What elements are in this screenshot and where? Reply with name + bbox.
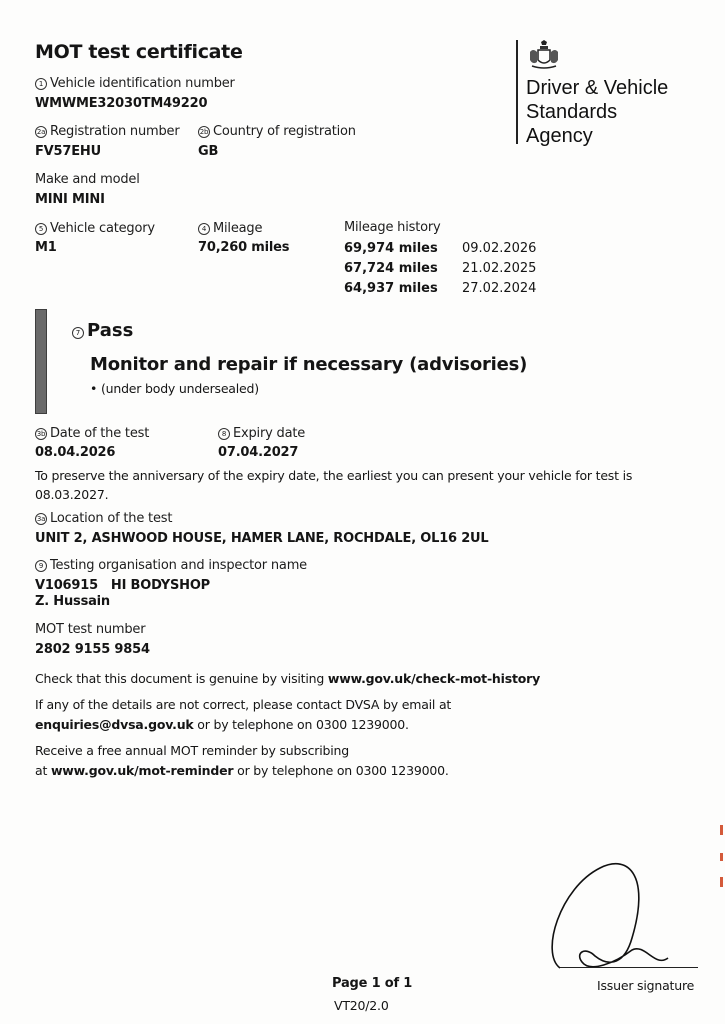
advisory-heading: Monitor and repair if necessary (advisor… <box>90 354 527 375</box>
agency-line-2: Standards <box>526 100 668 124</box>
test-date-value: 08.04.2026 <box>35 445 115 460</box>
dvsa-email-link[interactable]: enquiries@dvsa.gov.uk <box>35 717 194 732</box>
marker-icon: 9 <box>35 560 47 572</box>
issuer-signature-icon <box>540 858 710 973</box>
vin-value: WMWME32030TM49220 <box>35 96 207 111</box>
history-date: 09.02.2026 <box>462 239 536 259</box>
result-status-bar <box>35 309 47 414</box>
scan-edge-mark <box>720 825 723 835</box>
reminder-line-1: Receive a free annual MOT reminder by su… <box>35 743 349 758</box>
test-number-label: MOT test number <box>35 622 145 637</box>
check-genuine-text: Check that this document is genuine by v… <box>35 671 540 686</box>
dvsa-logo-text: Driver & Vehicle Standards Agency <box>526 76 668 148</box>
marker-icon: 2a <box>35 126 47 138</box>
marker-icon: 3a <box>35 513 47 525</box>
form-code: VT20/2.0 <box>334 998 389 1013</box>
royal-crest-icon <box>527 40 561 70</box>
mot-reminder-link[interactable]: www.gov.uk/mot-reminder <box>51 763 233 778</box>
scan-edge-mark <box>720 877 723 887</box>
result-status: 7Pass <box>72 320 133 341</box>
reminder-line-2: at www.gov.uk/mot-reminder or by telepho… <box>35 763 449 778</box>
registration-value: FV57EHU <box>35 144 101 159</box>
marker-icon: 4 <box>198 223 210 235</box>
mot-certificate-page: MOT test certificate Driver & Vehicle St… <box>0 0 725 1024</box>
make-model-label: Make and model <box>35 172 140 187</box>
test-date-label: 3bDate of the test <box>35 426 149 441</box>
mileage-history-row: 64,937 miles 27.02.2024 <box>344 279 536 299</box>
mileage-history-list: 69,974 miles 09.02.2026 67,724 miles 21.… <box>344 239 536 299</box>
category-value: M1 <box>35 240 57 255</box>
marker-icon: 3b <box>35 428 47 440</box>
marker-icon: 8 <box>218 428 230 440</box>
location-value: UNIT 2, ASHWOOD HOUSE, HAMER LANE, ROCHD… <box>35 531 489 546</box>
advisory-item: • (under body undersealed) <box>90 381 259 396</box>
country-value: GB <box>198 144 218 159</box>
earliest-test-date: 08.03.2027. <box>35 487 108 502</box>
page-number: Page 1 of 1 <box>332 976 412 991</box>
marker-icon: 5 <box>35 223 47 235</box>
vin-label: 1Vehicle identification number <box>35 76 235 91</box>
country-label: 2bCountry of registration <box>198 124 356 139</box>
anniversary-note: To preserve the anniversary of the expir… <box>35 468 632 483</box>
marker-icon: 1 <box>35 78 47 90</box>
agency-line-3: Agency <box>526 124 668 148</box>
history-miles: 64,937 miles <box>344 279 462 299</box>
make-model-value: MINI MINI <box>35 192 105 207</box>
expiry-date-value: 07.04.2027 <box>218 445 298 460</box>
mileage-history-label: Mileage history <box>344 220 441 235</box>
contact-line-1: If any of the details are not correct, p… <box>35 697 451 712</box>
expiry-date-label: 8Expiry date <box>218 426 305 441</box>
testing-org-value: V106915 HI BODYSHOP <box>35 578 210 593</box>
test-number-value: 2802 9155 9854 <box>35 642 150 657</box>
scan-edge-mark <box>720 853 723 861</box>
inspector-name: Z. Hussain <box>35 594 110 609</box>
mileage-label: 4Mileage <box>198 221 262 236</box>
mileage-history-row: 69,974 miles 09.02.2026 <box>344 239 536 259</box>
history-miles: 69,974 miles <box>344 239 462 259</box>
agency-line-1: Driver & Vehicle <box>526 76 668 100</box>
contact-line-2: enquiries@dvsa.gov.uk or by telephone on… <box>35 717 409 732</box>
history-date: 27.02.2024 <box>462 279 536 299</box>
logo-divider <box>516 40 518 144</box>
category-label: 5Vehicle category <box>35 221 155 236</box>
mileage-value: 70,260 miles <box>198 240 289 255</box>
marker-icon: 7 <box>72 327 84 339</box>
signature-label: Issuer signature <box>597 978 694 993</box>
check-mot-history-link[interactable]: www.gov.uk/check-mot-history <box>328 671 540 686</box>
marker-icon: 2b <box>198 126 210 138</box>
testing-org-label: 9Testing organisation and inspector name <box>35 558 307 573</box>
document-title: MOT test certificate <box>35 41 243 63</box>
location-label: 3aLocation of the test <box>35 511 172 526</box>
signature-line <box>560 967 698 968</box>
history-date: 21.02.2025 <box>462 259 536 279</box>
mileage-history-row: 67,724 miles 21.02.2025 <box>344 259 536 279</box>
history-miles: 67,724 miles <box>344 259 462 279</box>
registration-label: 2aRegistration number <box>35 124 179 139</box>
